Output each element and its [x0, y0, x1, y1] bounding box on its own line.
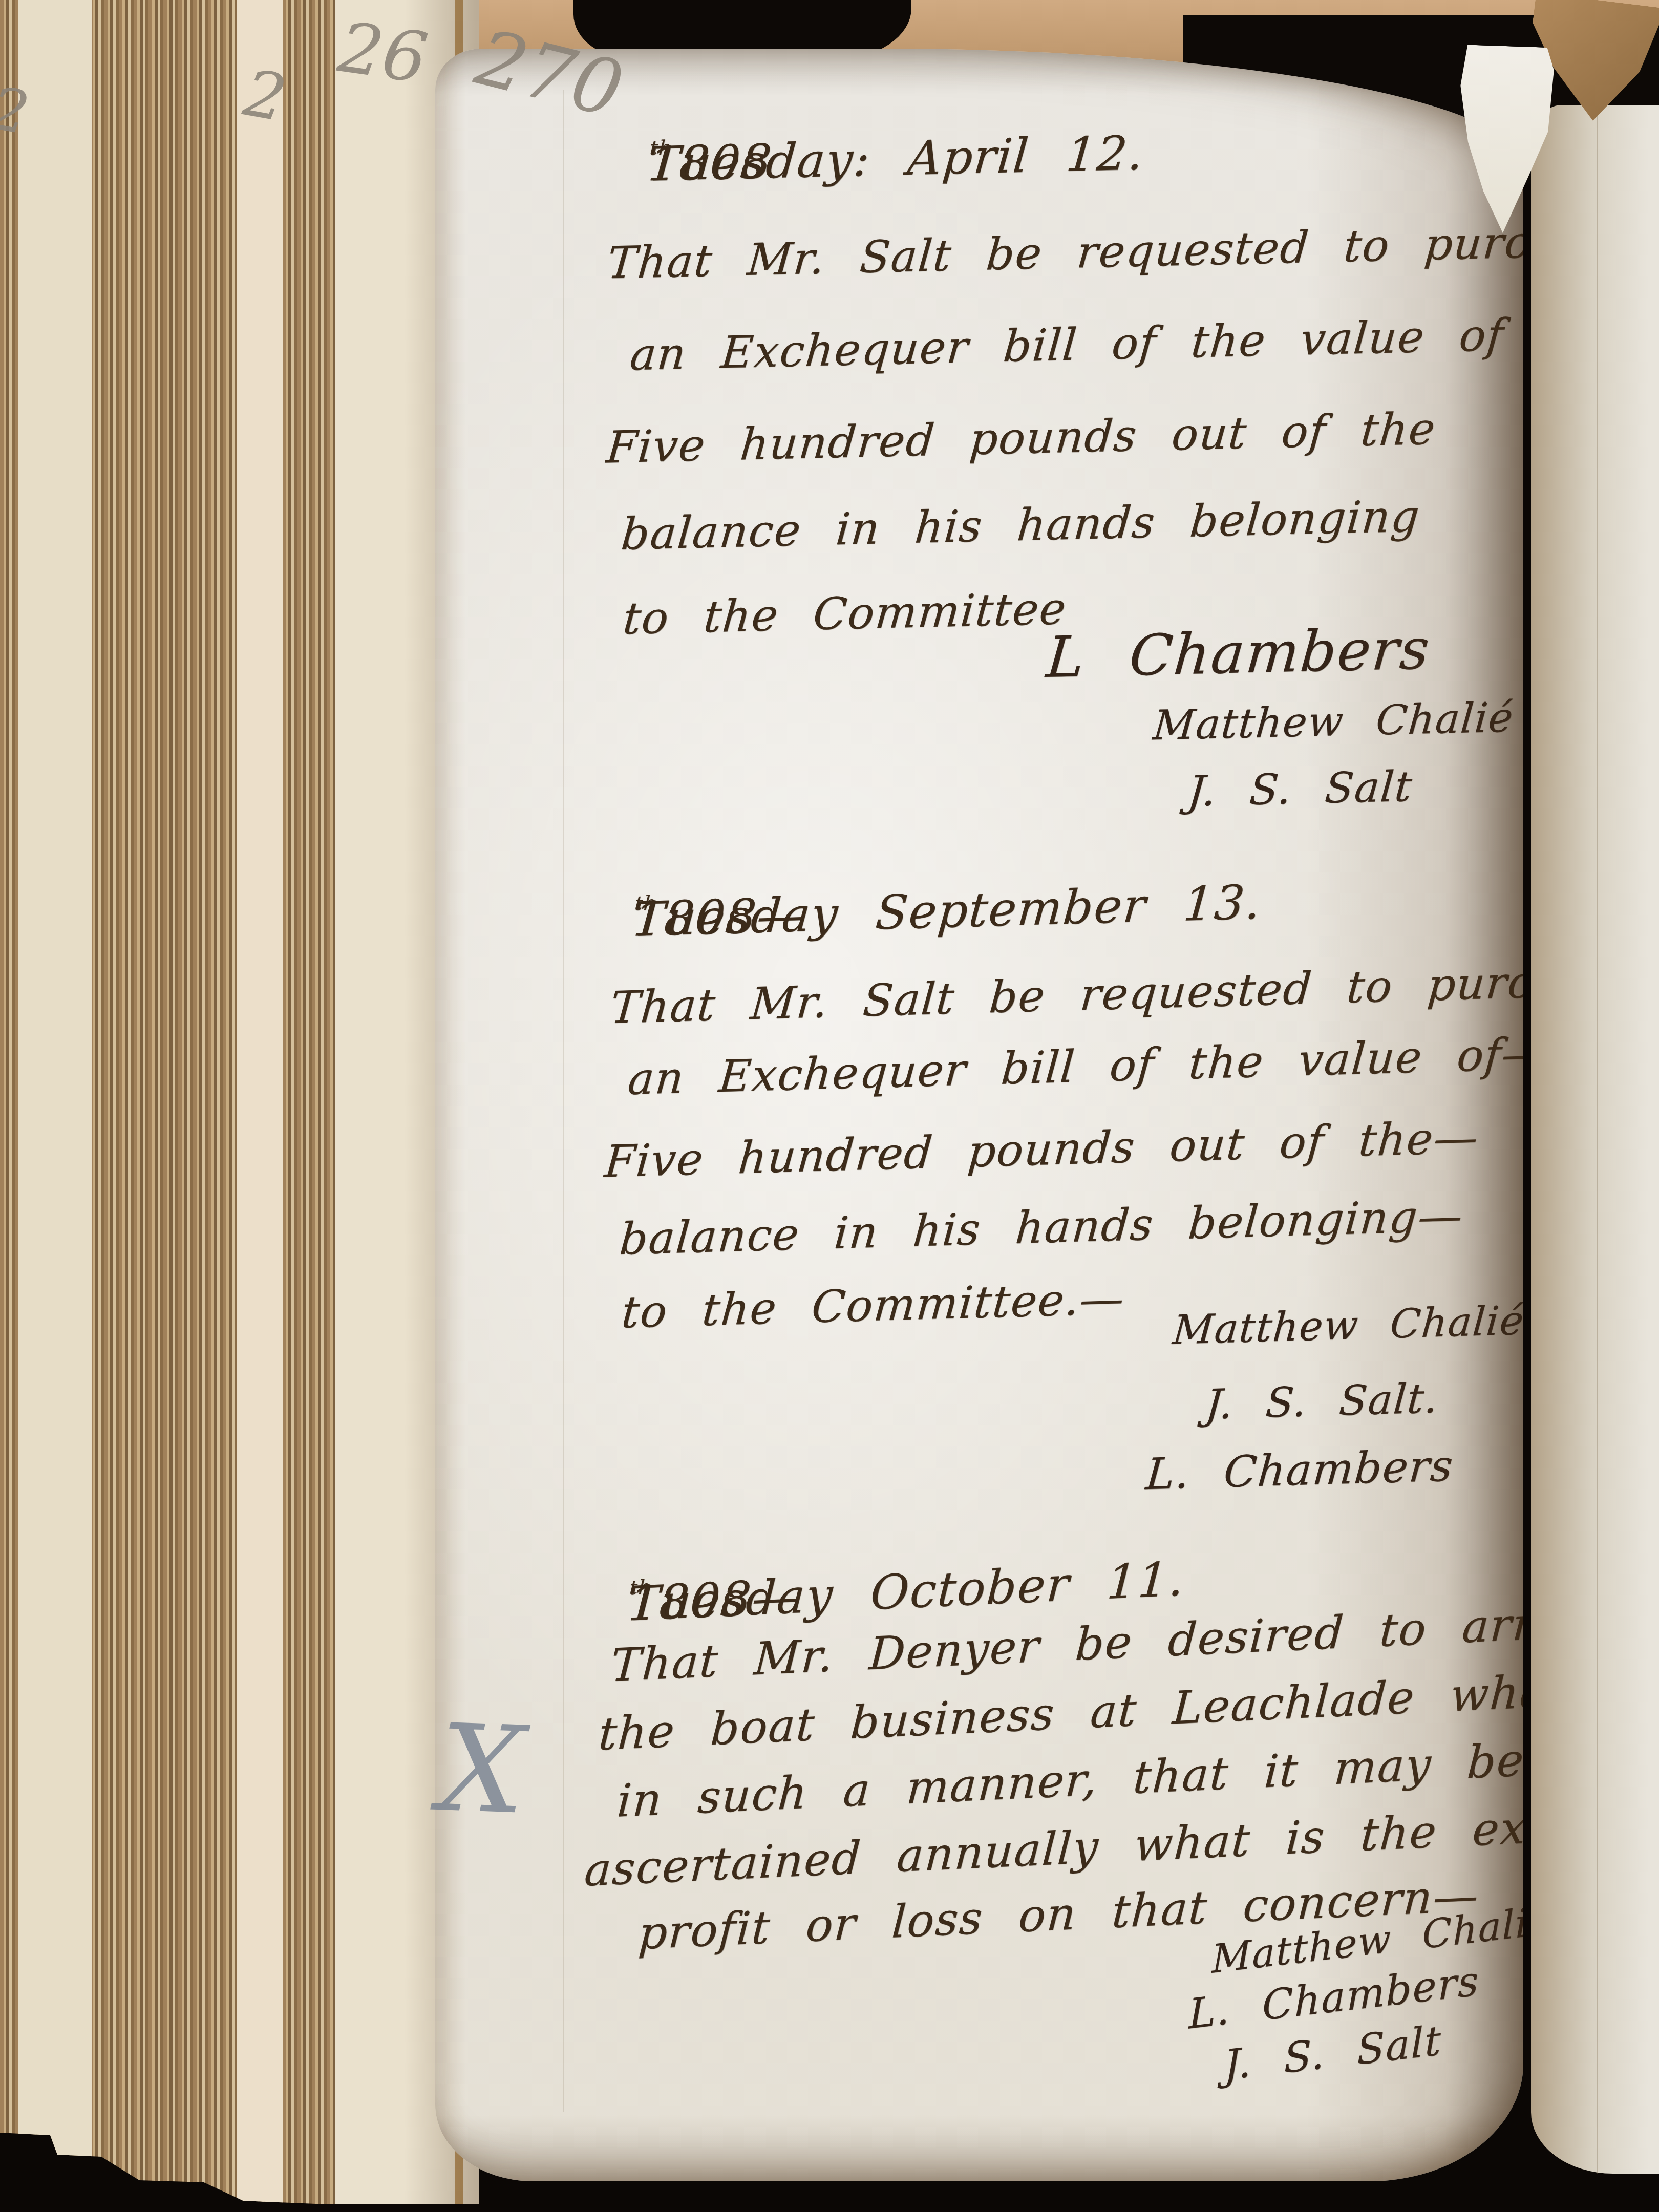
entry-line: to the Committee [621, 583, 1069, 645]
minute-entry-april-1808: Tuesday: April 12.th 1808 That Mr. Salt … [589, 96, 1523, 896]
signature: J. S. Salt [1186, 762, 1414, 816]
entry-date-year: 1808— [627, 1569, 801, 1632]
facing-page [1531, 105, 1659, 2174]
entry-line: an Exchequer bill of the value of [628, 309, 1506, 380]
book-page-edges [0, 0, 479, 2212]
signature: L Chambers [1044, 616, 1433, 690]
entry-line: That Mr. Salt be requested to purchas [605, 215, 1523, 289]
signature: Matthew Chalié [1171, 1298, 1523, 1353]
entry-line: to the Committee.— [620, 1273, 1126, 1338]
manuscript-page: Tuesday: April 12.th 1808 That Mr. Salt … [435, 49, 1523, 2181]
minute-entry-september-1808: Tuesday September 13.th 1808— That Mr. S… [589, 843, 1523, 1551]
entry-line: balance in his hands belonging— [618, 1190, 1465, 1265]
signature: L. Chambers [1144, 1440, 1456, 1499]
entry-line: That Mr. Salt be requested to purchas [609, 954, 1523, 1034]
signature: J. S. Salt. [1204, 1374, 1440, 1429]
entry-line: an Exchequer bill of the value of— [626, 1028, 1523, 1105]
entry-line: Five hundred pounds out of the— [603, 1112, 1480, 1188]
entry-line: Five hundred pounds out of the [605, 403, 1438, 474]
entry-date-year: 1808 [646, 134, 774, 192]
margin-crease-line [563, 90, 564, 2112]
minute-entry-october-1808: Tuesday October 11.th 1808— That Mr. Den… [563, 1527, 1523, 2145]
entry-date-year: 1808— [631, 887, 807, 947]
facing-page-crease [1597, 105, 1598, 2174]
entry-line: balance in his hands belonging [619, 491, 1422, 560]
signature: Matthew Chalié [1151, 693, 1516, 749]
manuscript-photo: Tuesday: April 12.th 1808 That Mr. Salt … [0, 0, 1659, 2212]
